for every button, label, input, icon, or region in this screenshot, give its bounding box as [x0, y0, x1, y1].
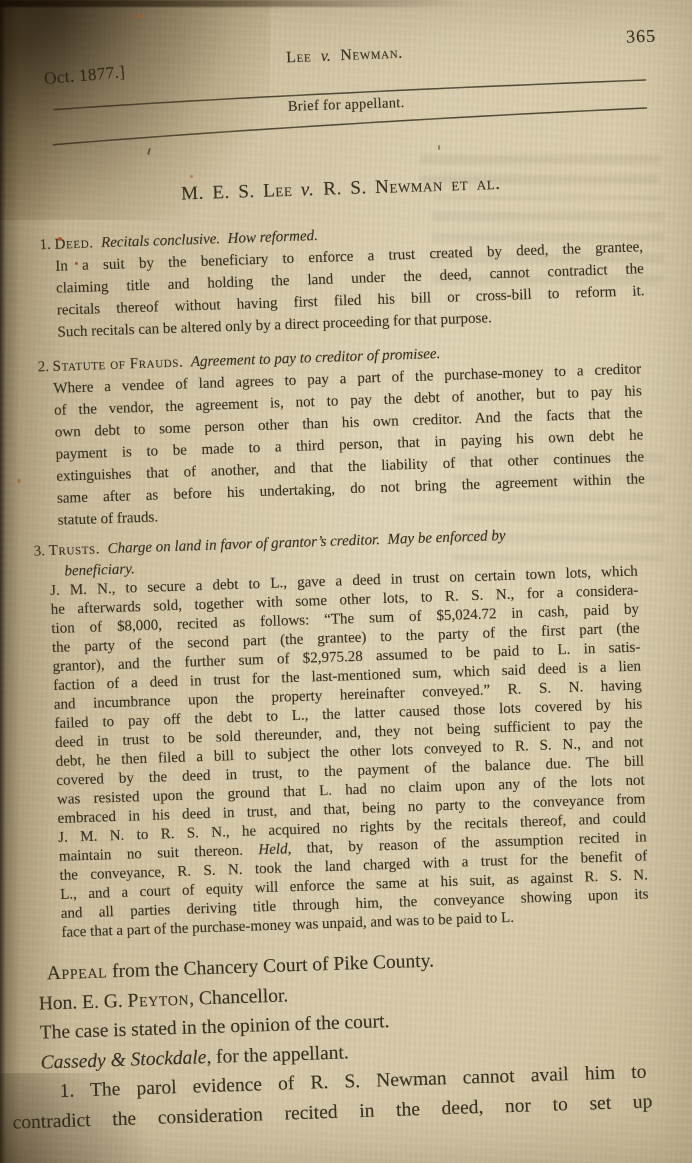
- page-content: Oct. 1877.] Lee v. Newman. 365 Brief for…: [38, 30, 686, 1136]
- small-caps-text: R. S. Newman et al.: [315, 173, 501, 200]
- running-title: Lee v. Newman.: [286, 45, 403, 68]
- italic-text: v.: [320, 48, 331, 65]
- headnote-2: 2. Statute of Frauds. Agreement to pay t…: [37, 336, 665, 533]
- foxing-speck: [137, 14, 142, 18]
- text-run: from the Chancery Court of Pike County.: [107, 951, 434, 983]
- small-caps-text: M. E. S. Lee: [181, 180, 301, 205]
- scanned-page: Oct. 1877.] Lee v. Newman. 365 Brief for…: [0, 0, 692, 1163]
- italic-text: Held: [258, 841, 288, 858]
- headnote-3: 3. Trusts. Charge on land in favor of gr…: [33, 520, 679, 944]
- small-caps-text: Lee: [286, 48, 321, 66]
- italic-text: v.: [300, 179, 315, 200]
- small-caps-text: Newman.: [330, 45, 403, 65]
- italic-text: Cassedy & Stockdale: [40, 1047, 206, 1073]
- italic-text: beneficiary.: [64, 561, 135, 579]
- text-run: 1.: [39, 237, 55, 253]
- text-run: Hon. E. G.: [38, 990, 127, 1014]
- proceedings: Appeal from the Chancery Court of Pike C…: [37, 938, 686, 1136]
- text-run: , for the appellant.: [206, 1042, 349, 1068]
- small-caps-text: Deed.: [54, 235, 93, 252]
- page-number: 365: [626, 26, 657, 48]
- text-run: , Chancellor.: [189, 985, 289, 1009]
- section-divider: Brief for appellant.: [40, 74, 654, 158]
- text-run: 3.: [34, 543, 50, 559]
- text-run: 2.: [37, 359, 53, 375]
- top-edge-shadow: [0, 0, 470, 7]
- small-caps-text: Trusts.: [49, 541, 101, 559]
- case-title: M. E. S. Lee v. R. S. Newman et al.: [27, 168, 655, 211]
- small-caps-text: Peyton: [127, 988, 189, 1011]
- small-caps-text: Statute of Frauds.: [52, 355, 183, 375]
- foxing-speck: [17, 479, 21, 483]
- headnote-1: 1. Deed. Recitals conclusive. How reform…: [39, 214, 659, 344]
- headnotes: 1. Deed. Recitals conclusive. How reform…: [44, 214, 679, 943]
- small-caps-text: Appeal: [46, 961, 107, 984]
- term-date: Oct. 1877.]: [43, 62, 126, 89]
